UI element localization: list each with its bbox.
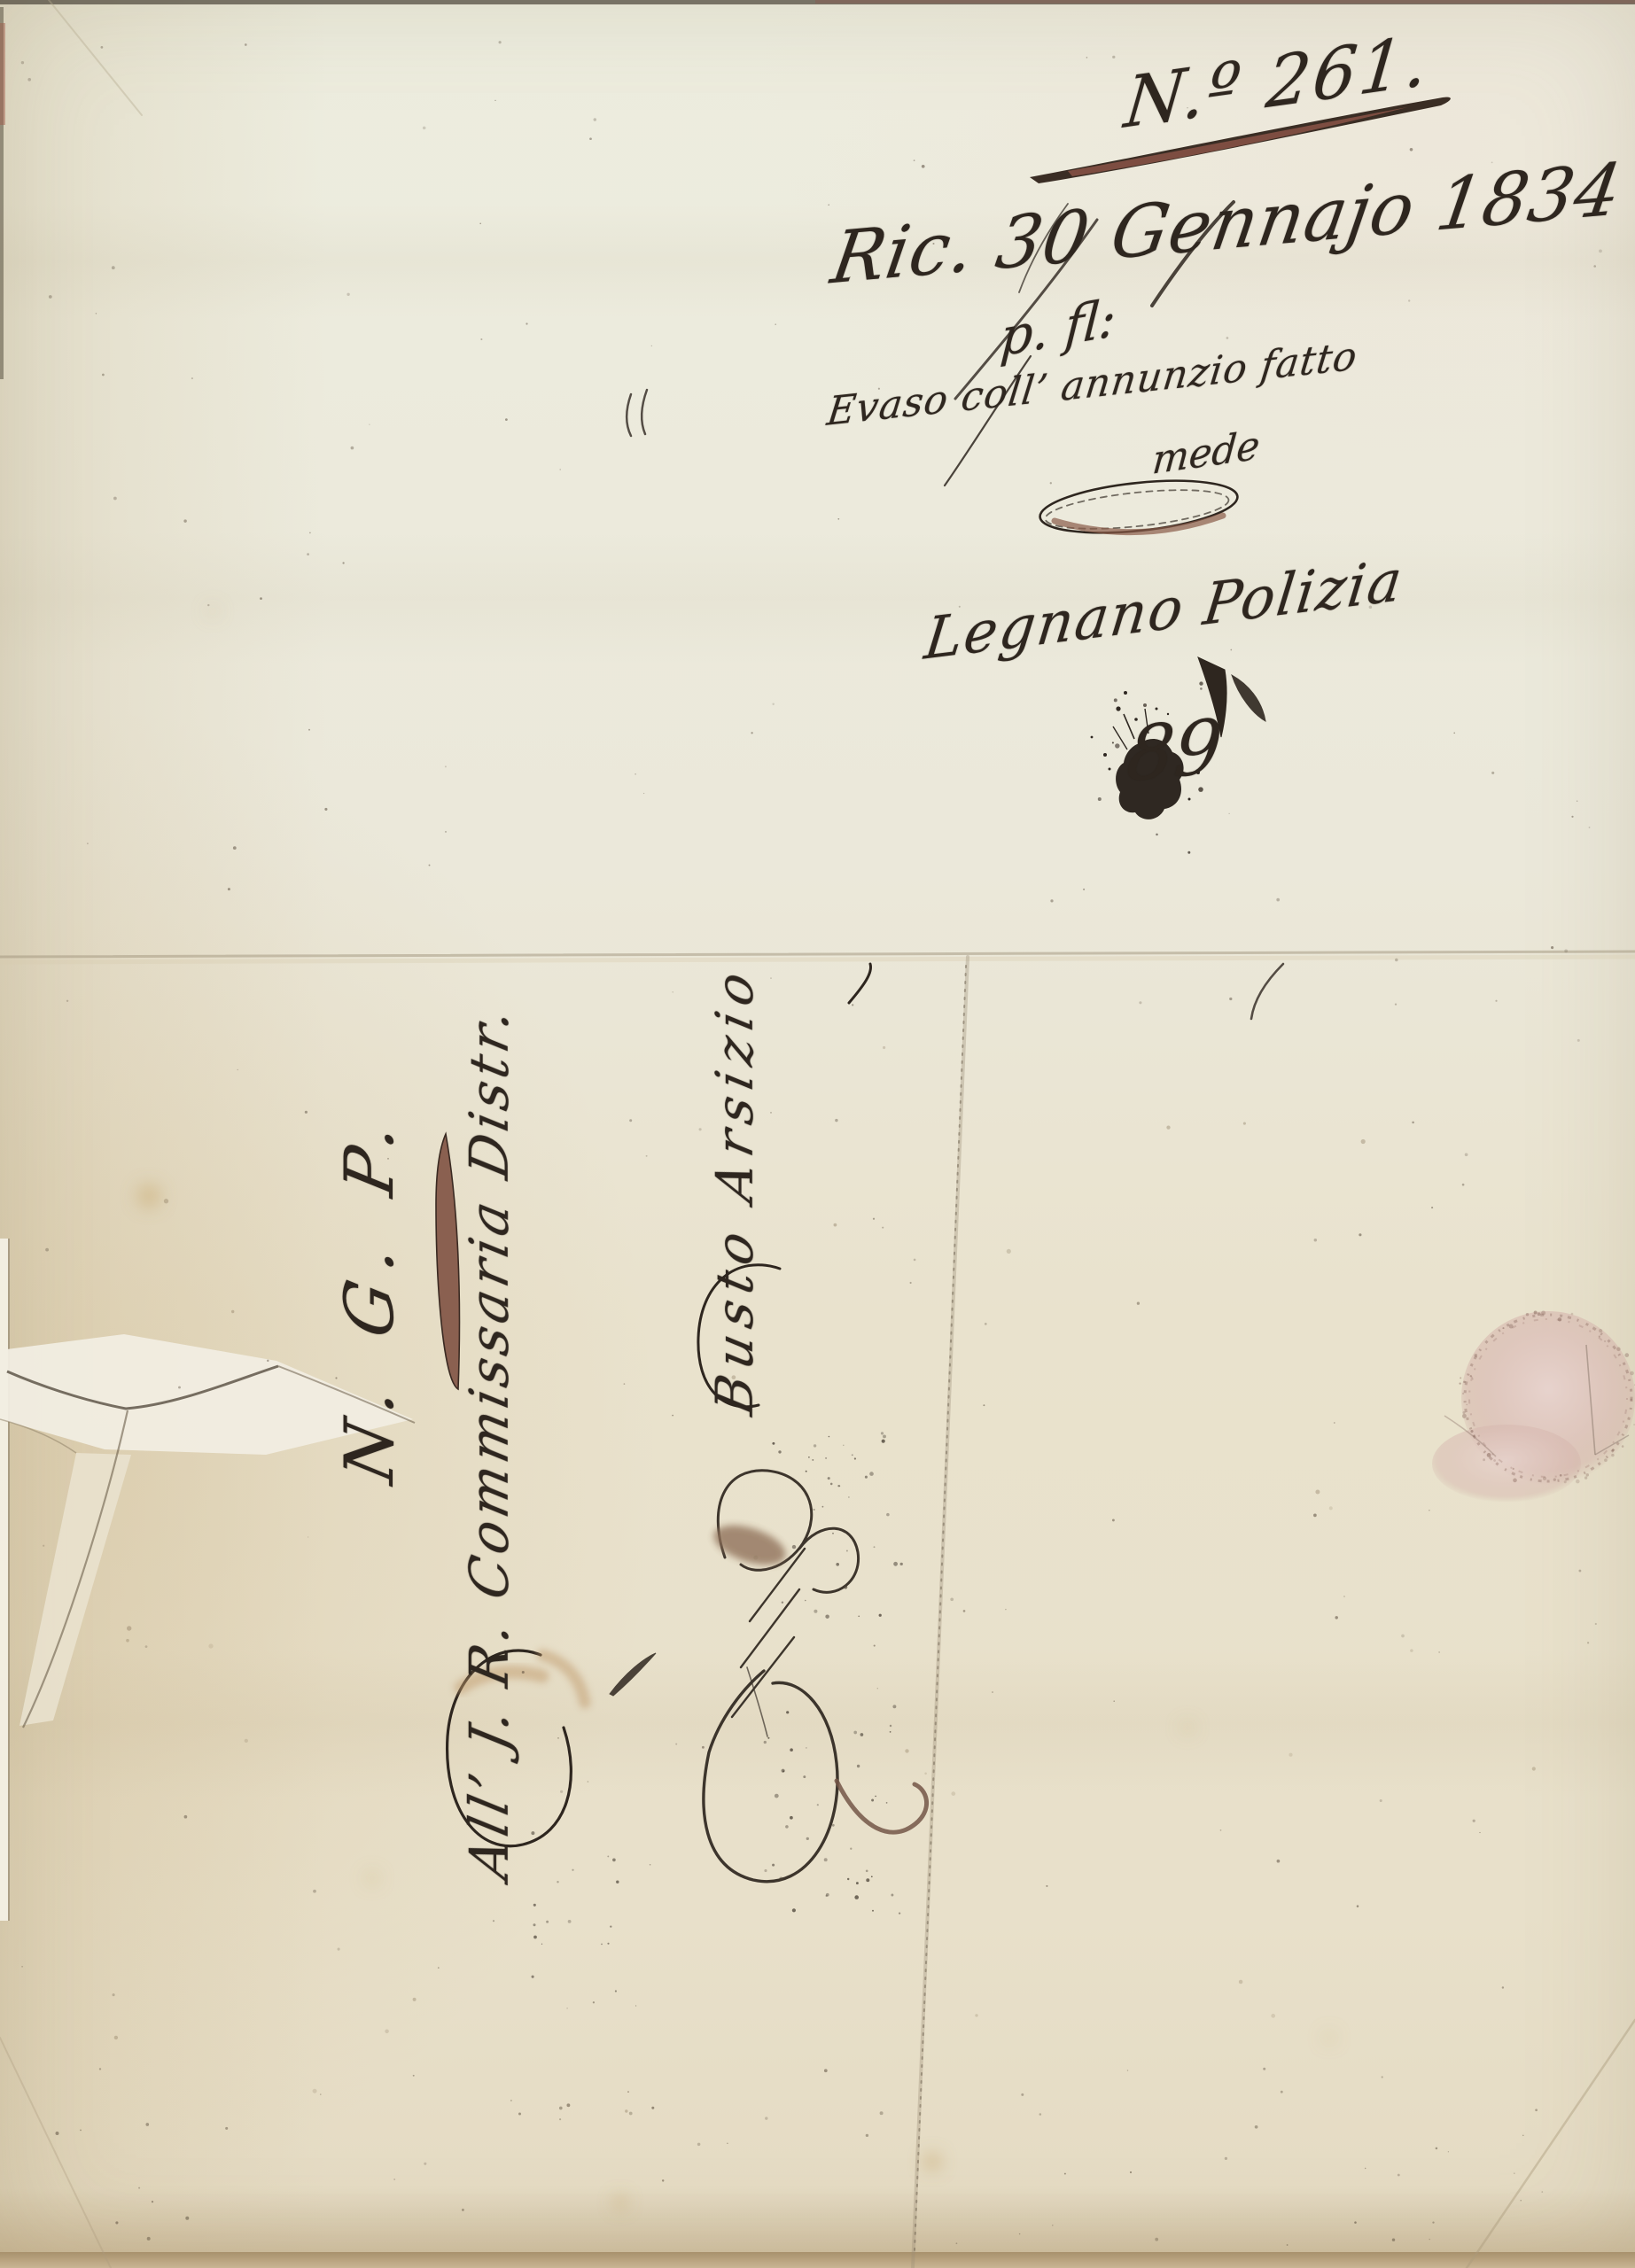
address-line-recipient: All’ J. R. Commissaria Distr. [459, 999, 521, 1884]
corner-crease [49, 0, 142, 115]
wax-seal [1432, 1311, 1635, 1503]
tick-marks [627, 394, 631, 436]
ink-speckle-field [21, 41, 1602, 2246]
oval-flourish [1038, 472, 1240, 540]
manuscript-artwork [0, 0, 1635, 2268]
corner-crease [0, 2038, 111, 2268]
scanned-letter-page: N.º 261. Ric. 30 Gennajo 1834 p. fl: Eva… [0, 0, 1635, 2268]
fold-creases [0, 0, 1635, 2268]
figure-89: 89 [1124, 703, 1226, 798]
paraph-flourish [704, 1471, 927, 1882]
tick-marks [642, 390, 647, 434]
address-line-town: Busto Arsizio [705, 959, 765, 1420]
address-underline-swash [436, 1134, 459, 1389]
corner-crease [1467, 2020, 1635, 2268]
stray-pen-mark [1251, 964, 1283, 1019]
address-line-number: N. G. P. [330, 1100, 409, 1489]
